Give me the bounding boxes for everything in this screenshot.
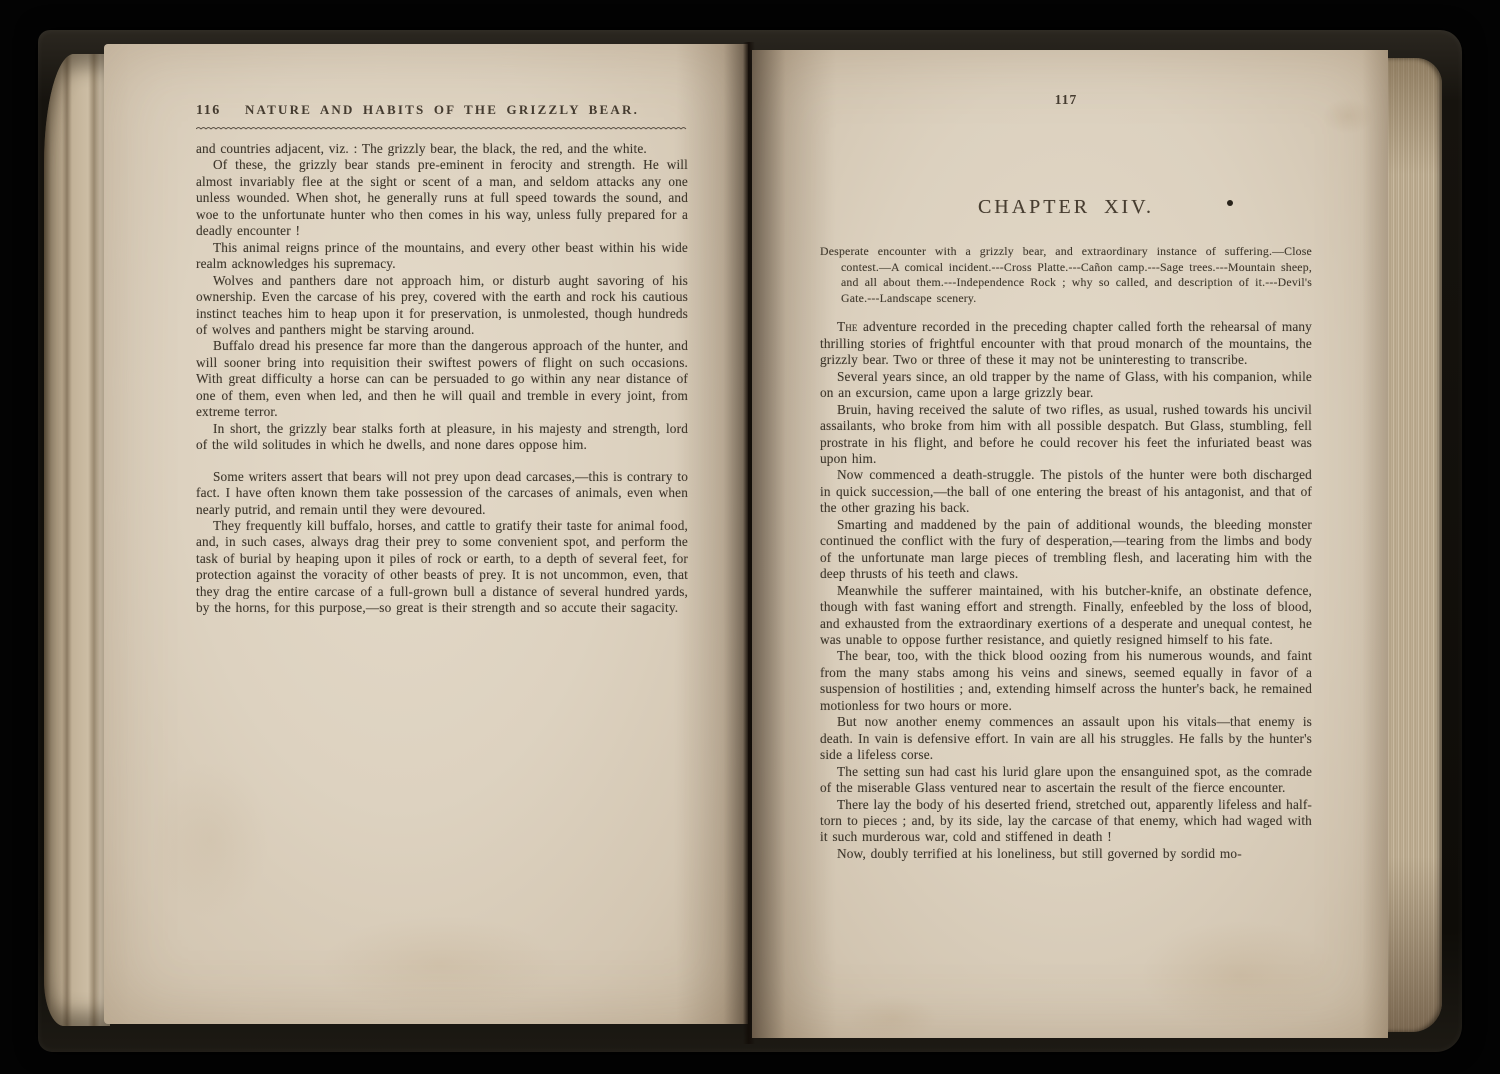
- body-paragraph: There lay the body of his deserted frien…: [820, 797, 1312, 846]
- body-paragraph: Several years since, an old trapper by t…: [820, 369, 1312, 402]
- right-text-column: 117 CHAPTER XIV. Desperate encounter wit…: [820, 92, 1312, 862]
- body-paragraph: Of these, the grizzly bear stands pre-em…: [196, 157, 688, 239]
- body-paragraph: The adventure recorded in the preceding …: [820, 319, 1312, 368]
- open-book-photo: 116 NATURE AND HABITS OF THE GRIZZLY BEA…: [0, 0, 1500, 1074]
- body-paragraph: The setting sun had cast his lurid glare…: [820, 764, 1312, 797]
- body-paragraph: This animal reigns prince of the mountai…: [196, 240, 688, 273]
- body-paragraph: Smarting and maddened by the pain of add…: [820, 517, 1312, 583]
- chapter-summary: Desperate encounter with a grizzly bear,…: [820, 244, 1312, 306]
- body-paragraph: Some writers assert that bears will not …: [196, 469, 688, 518]
- body-paragraph: Now commenced a death-struggle. The pist…: [820, 467, 1312, 516]
- lead-small-caps: The: [837, 319, 858, 334]
- running-header: 116 NATURE AND HABITS OF THE GRIZZLY BEA…: [196, 102, 688, 122]
- body-paragraph: The bear, too, with the thick blood oozi…: [820, 648, 1312, 714]
- left-page-edge-stack: [44, 54, 110, 1026]
- body-paragraph: and countries adjacent, viz. : The grizz…: [196, 141, 688, 157]
- wavy-rule: [196, 125, 688, 132]
- body-paragraph: In short, the grizzly bear stalks forth …: [196, 421, 688, 454]
- left-page-number: 116: [196, 103, 221, 119]
- body-paragraph: Bruin, having received the salute of two…: [820, 402, 1312, 468]
- chapter-heading: CHAPTER XIV.: [820, 196, 1312, 219]
- ink-spot: [1227, 200, 1233, 206]
- running-header-title: NATURE AND HABITS OF THE GRIZZLY BEAR.: [196, 102, 688, 118]
- opening-paragraph-rest: adventure recorded in the preceding chap…: [820, 319, 1312, 367]
- left-text-column: 116 NATURE AND HABITS OF THE GRIZZLY BEA…: [196, 102, 688, 617]
- body-paragraph: Buffalo dread his presence far more than…: [196, 338, 688, 420]
- body-paragraph: Now, doubly terrified at his loneliness,…: [820, 846, 1312, 862]
- body-paragraph: But now another enemy commences an assau…: [820, 714, 1312, 763]
- right-page: 117 CHAPTER XIV. Desperate encounter wit…: [752, 50, 1388, 1038]
- body-paragraph: Meanwhile the sufferer maintained, with …: [820, 583, 1312, 649]
- left-page: 116 NATURE AND HABITS OF THE GRIZZLY BEA…: [104, 44, 748, 1024]
- right-fore-edge: [1388, 58, 1442, 1032]
- body-paragraph: They frequently kill buffalo, horses, an…: [196, 518, 688, 617]
- right-page-number: 117: [820, 92, 1312, 108]
- body-paragraph: Wolves and panthers dare not approach hi…: [196, 273, 688, 339]
